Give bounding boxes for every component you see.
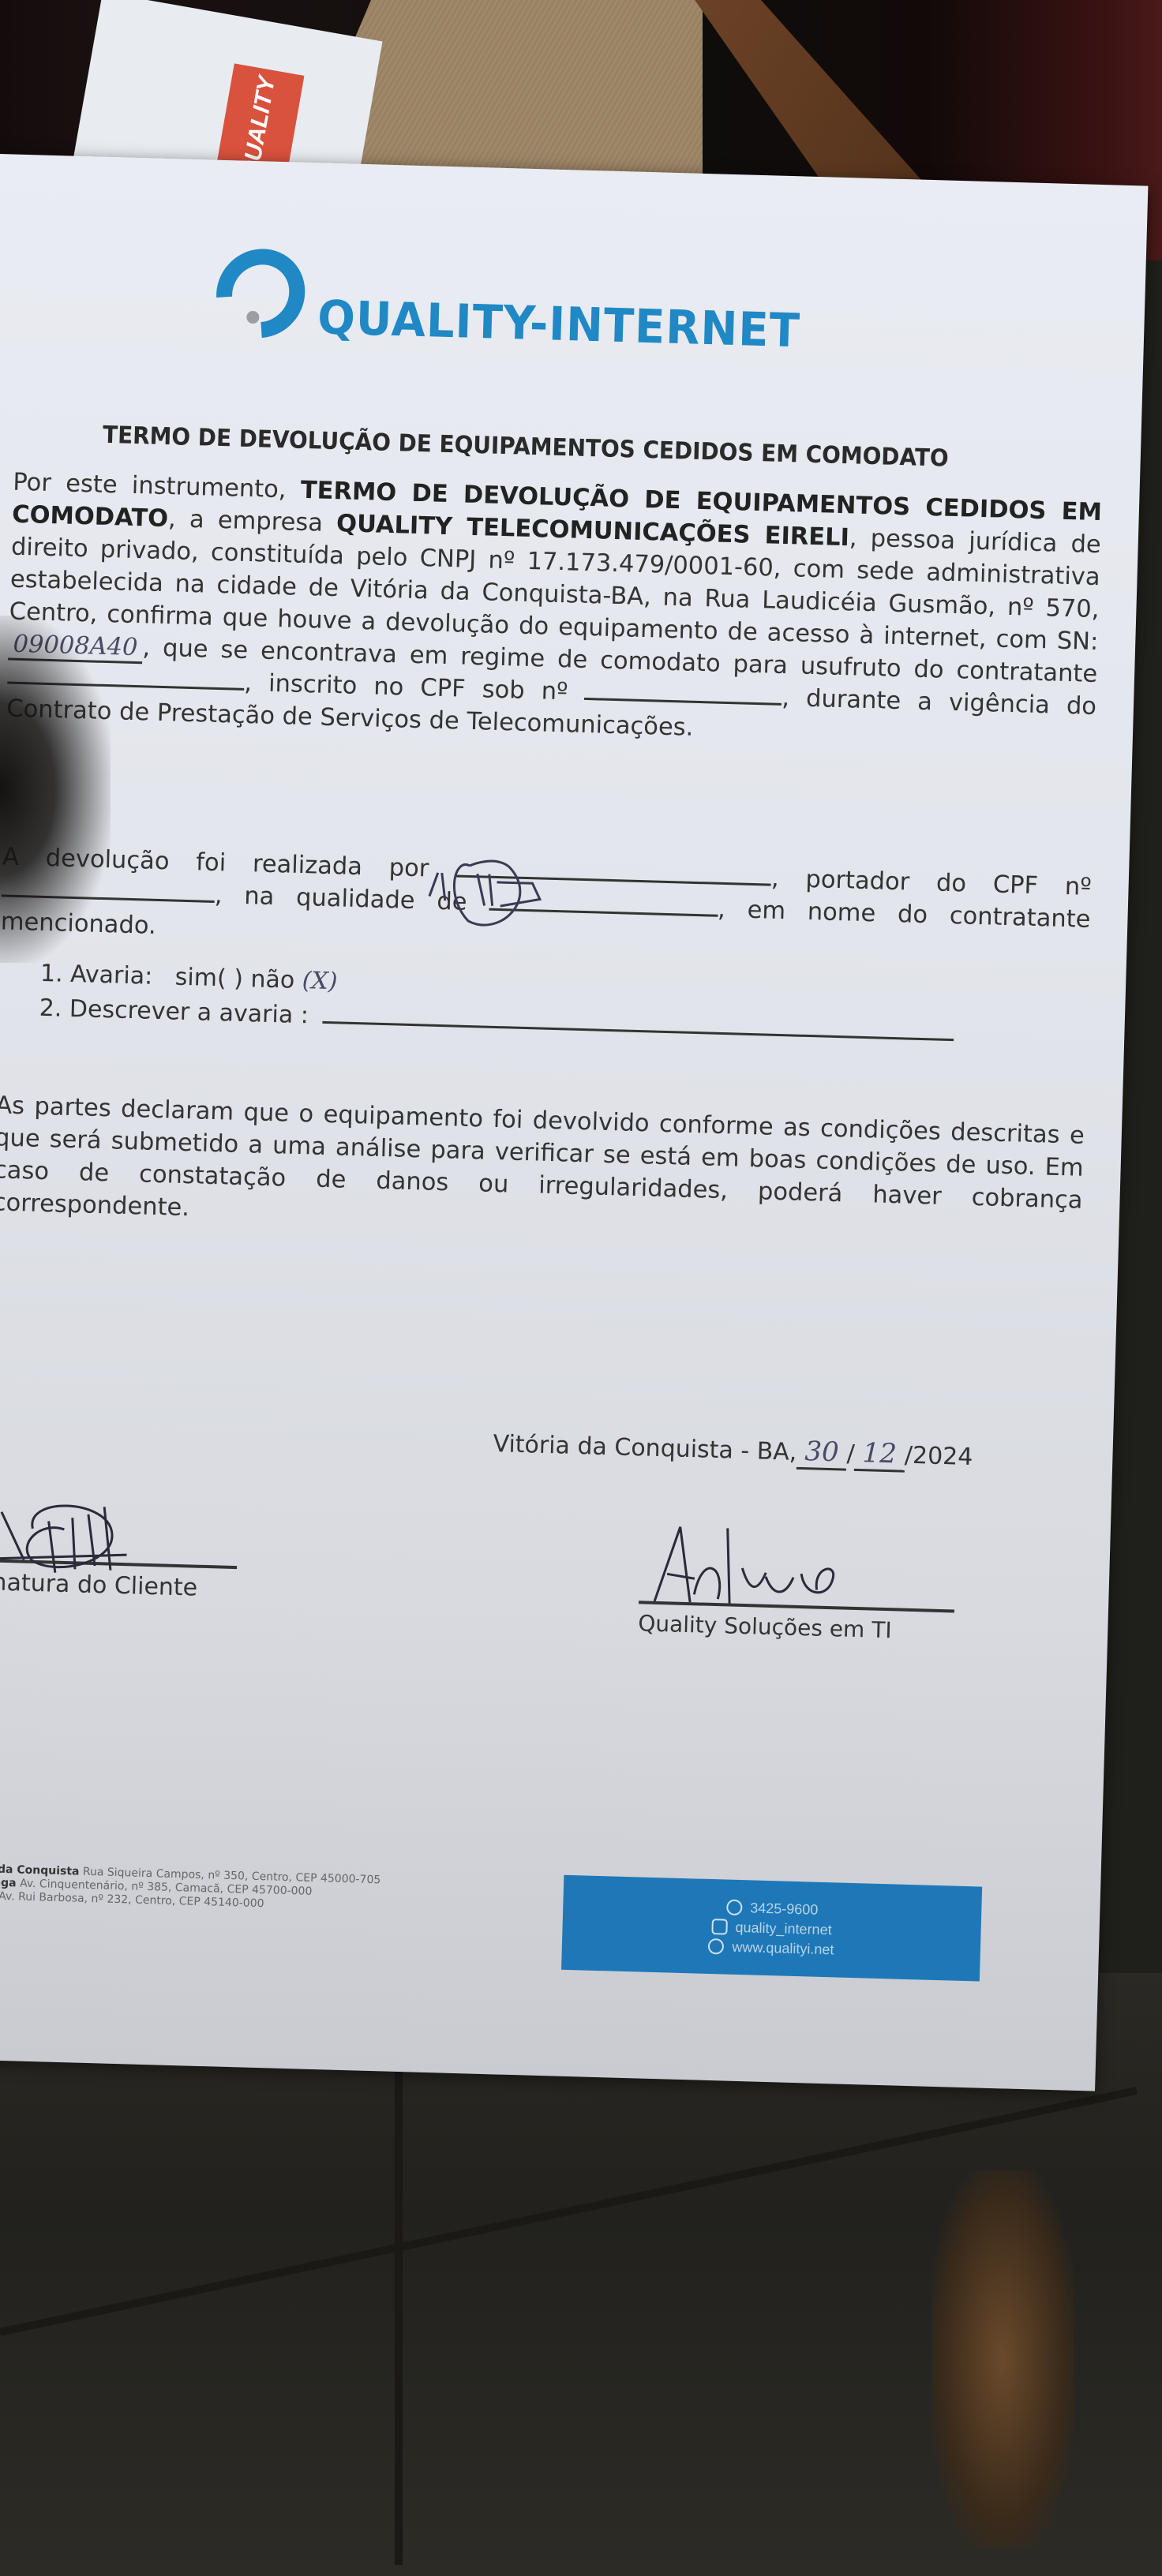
- logo-text: QUALITY-INTERNET: [317, 291, 800, 358]
- damage-description-field[interactable]: [322, 1020, 954, 1041]
- checklist: 1. Avaria: sim( ) não (X) 2. Descrever a…: [39, 957, 955, 1051]
- contractor-name-field[interactable]: [7, 681, 244, 691]
- returner-cpf-field[interactable]: [2, 893, 215, 903]
- footer-website: www.qualityi.net: [708, 1938, 834, 1957]
- logo-q-icon: [198, 230, 324, 356]
- contractor-cpf-field[interactable]: [584, 697, 782, 706]
- footer-addresses: Vitória da Conquista Rua Siqueira Campos…: [0, 1862, 380, 1914]
- instagram-icon: [711, 1919, 728, 1935]
- date-month-field[interactable]: 12: [854, 1437, 905, 1473]
- intro-paragraph: Por este instrumento, TERMO DE DEVOLUÇÃO…: [6, 466, 1103, 755]
- returner-signature: [421, 848, 581, 940]
- document-paper: QUALITY-INTERNET TERMO DE DEVOLUÇÃO DE E…: [0, 154, 1148, 2091]
- company-logo: QUALITY-INTERNET: [216, 247, 803, 354]
- globe-icon: [708, 1938, 725, 1955]
- floor-tile-line: [395, 2012, 403, 2565]
- company-signature: [647, 1518, 901, 1620]
- document-title: TERMO DE DEVOLUÇÃO DE EQUIPAMENTOS CEDID…: [103, 421, 950, 473]
- damage-no-checkbox[interactable]: (X): [302, 967, 338, 995]
- whatsapp-icon: [726, 1900, 743, 1916]
- footer-contact-box: 3425-9600 quality_internet www.qualityi.…: [561, 1875, 982, 1982]
- serial-number-field[interactable]: 09008A40: [8, 631, 143, 665]
- damage-yes-checkbox[interactable]: sim( ): [174, 964, 243, 993]
- background-shoe: [931, 2170, 1074, 2549]
- date-line: Vitória da Conquista - BA,30/12/2024: [493, 1427, 973, 1472]
- footer-instagram: quality_internet: [711, 1919, 832, 1938]
- date-day-field[interactable]: 30: [797, 1436, 847, 1471]
- client-signature: [0, 1496, 152, 1587]
- footer-whatsapp: 3425-9600: [726, 1899, 819, 1918]
- declaration-paragraph: As partes declaram que o equipamento foi…: [0, 1089, 1085, 1249]
